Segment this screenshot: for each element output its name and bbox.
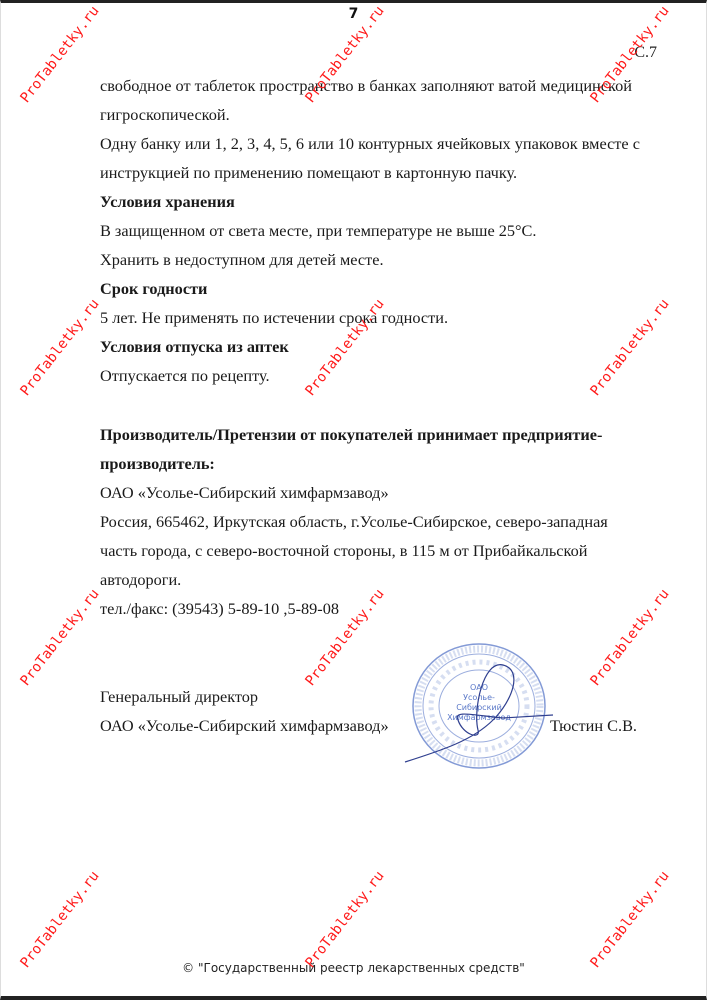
paragraph-line: Хранить в недоступном для детей месте. — [100, 250, 384, 270]
section-heading-manufacturer: Производитель/Претензии от покупателей п… — [100, 425, 602, 445]
page-number: 7 — [0, 6, 707, 22]
paragraph-line: Отпускается по рецепту. — [100, 366, 270, 386]
company-stamp: ОАО Усолье- Сибирский Химфармзавод — [403, 640, 555, 778]
svg-text:Сибирский: Сибирский — [456, 703, 502, 712]
section-heading-dispensing: Условия отпуска из аптек — [100, 337, 289, 357]
phone-fax: тел./факс: (39543) 5-89-10 ,5-89-08 — [100, 599, 339, 619]
section-heading-manufacturer-cont: производитель: — [100, 454, 215, 474]
paragraph-line: Одну банку или 1, 2, 3, 4, 5, 6 или 10 к… — [100, 134, 640, 154]
section-heading-storage: Условия хранения — [100, 192, 235, 212]
paragraph-line: 5 лет. Не применять по истечении срока г… — [100, 308, 448, 328]
address-line: автодороги. — [100, 570, 181, 590]
paragraph-line: гигроскопической. — [100, 105, 230, 125]
section-heading-shelf-life: Срок годности — [100, 279, 207, 299]
stamp-text: ОАО — [470, 683, 488, 692]
address-line: часть города, с северо-восточной стороны… — [100, 541, 587, 561]
paragraph-line: инструкцией по применению помещают в кар… — [100, 163, 517, 183]
paragraph-line: В защищенном от света месте, при темпера… — [100, 221, 536, 241]
paragraph-line: свободное от таблеток пространство в бан… — [100, 76, 632, 96]
company-name: ОАО «Усолье-Сибирский химфармзавод» — [100, 483, 389, 503]
signature-title: Генеральный директор — [100, 687, 258, 707]
signature-company: ОАО «Усолье-Сибирский химфармзавод» — [100, 716, 389, 736]
director-name: Тюстин С.В. — [550, 716, 637, 736]
address-line: Россия, 665462, Иркутская область, г.Усо… — [100, 512, 608, 532]
